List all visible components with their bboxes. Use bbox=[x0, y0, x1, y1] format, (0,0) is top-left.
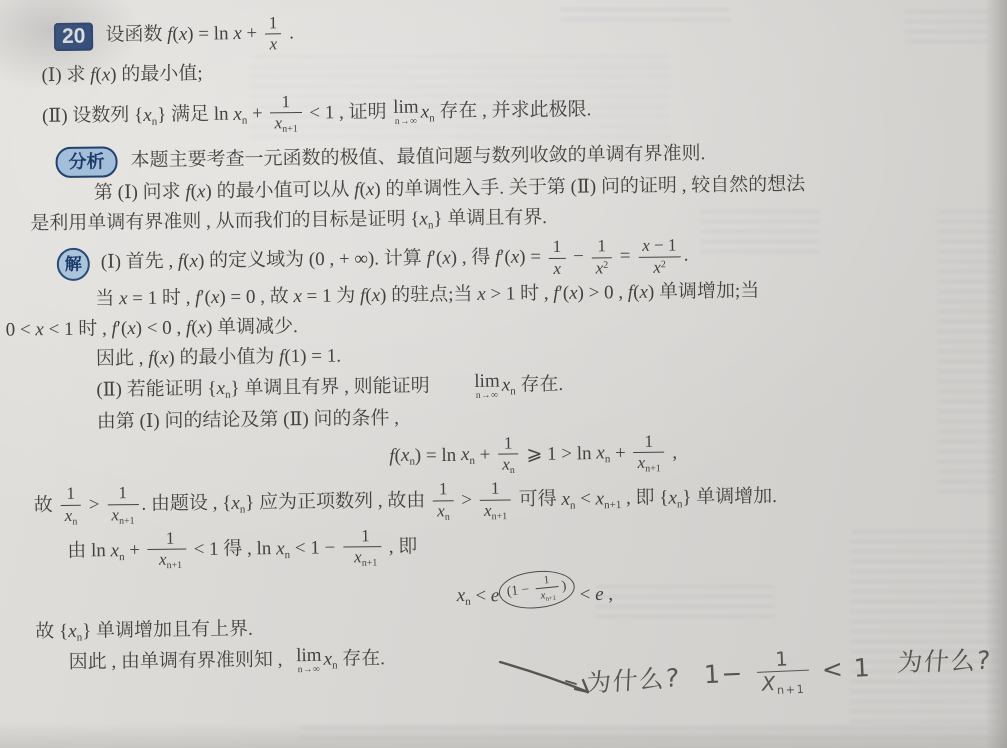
textbook-page-photo: 20设函数 f(x) = ln x + 1x .(Ⅰ) 求 f(x) 的最小值;… bbox=[0, 0, 1007, 748]
fraction: 1xn+1 bbox=[480, 480, 512, 523]
fraction: 1xn+1 bbox=[270, 93, 302, 136]
text-run: 故 { bbox=[35, 620, 68, 641]
text-run: 1 bbox=[439, 480, 448, 499]
math-var: xn bbox=[233, 103, 247, 124]
text-run: < bbox=[575, 488, 595, 509]
text-run: ) bbox=[561, 577, 567, 592]
text-run: } 单调且有界. bbox=[433, 207, 547, 229]
text-run: < 1 , 证明 bbox=[304, 101, 391, 123]
limit-operator: limn→∞ bbox=[393, 98, 419, 128]
math-var: xn bbox=[461, 444, 475, 465]
text-run: ) < 0 , bbox=[136, 318, 187, 340]
math-var: x bbox=[639, 282, 648, 303]
text-run: (Ⅰ) 首先 , bbox=[101, 251, 178, 273]
math-var: xn+1 bbox=[540, 588, 556, 601]
fraction: 1x bbox=[265, 14, 282, 54]
text-run: . 由题设 , { bbox=[141, 493, 231, 515]
text-run: ′( bbox=[200, 287, 211, 308]
text-run: 1 bbox=[491, 479, 500, 498]
text-run: 1 bbox=[118, 483, 127, 502]
text-run: 1 bbox=[66, 484, 75, 503]
math-var: xn bbox=[421, 101, 435, 122]
math-var: xn bbox=[276, 538, 290, 559]
text-run: + bbox=[242, 23, 262, 44]
math-var: xn bbox=[502, 455, 515, 474]
math-var: x bbox=[127, 318, 136, 339]
text-run: < 1 时 , bbox=[44, 319, 112, 341]
math-var: xn+1 bbox=[637, 453, 660, 472]
math-var: xn+1 bbox=[484, 500, 507, 519]
text-run: ) = 0 , 故 bbox=[219, 286, 293, 308]
text-run: < 1 bbox=[812, 653, 872, 685]
text-run: ) = ln bbox=[187, 23, 233, 45]
text-run: . bbox=[684, 245, 689, 266]
fraction: 1xn+1 bbox=[148, 529, 187, 572]
text-run: ⩾ 1 > ln bbox=[522, 443, 597, 465]
circled-exponent: (1 − 1xn+1) bbox=[498, 567, 577, 612]
text-run: ) , 得 bbox=[451, 247, 496, 269]
text-run: 1− bbox=[703, 658, 754, 689]
math-var: xn+1 bbox=[111, 505, 134, 524]
text-run: } 单调且有界 , 则能证明 bbox=[230, 376, 434, 399]
fraction: x − 1x2 bbox=[638, 237, 681, 277]
limit-operator: limn→∞ bbox=[289, 646, 322, 676]
math-var: xn+1 bbox=[354, 547, 377, 566]
fraction: 1xn bbox=[60, 485, 81, 528]
text-run: + bbox=[124, 540, 144, 561]
text-run: ) = ln bbox=[415, 444, 461, 466]
hw-question-1: 为什么? bbox=[585, 658, 681, 700]
text-run: ′( bbox=[559, 283, 570, 304]
text-run: 1 bbox=[166, 528, 175, 547]
math-var: xn bbox=[419, 208, 433, 229]
fraction: 1xn+1 bbox=[535, 573, 561, 604]
analysis-badge: 分析 bbox=[55, 146, 117, 178]
math-var: xn bbox=[457, 585, 471, 606]
text-run: 1 bbox=[269, 13, 278, 32]
math-var: xn bbox=[561, 489, 575, 510]
math-var: x bbox=[442, 248, 451, 269]
text-run: (1 − bbox=[506, 580, 533, 598]
text-run: , 即 { bbox=[621, 488, 668, 510]
text-run: − bbox=[568, 246, 588, 267]
text-run: = bbox=[615, 246, 635, 267]
text-run: + bbox=[247, 103, 267, 124]
text-run: ′( bbox=[500, 247, 511, 268]
fraction: 1Xn+1 bbox=[756, 648, 809, 698]
math-var: x2 bbox=[653, 257, 666, 276]
math-var: xn+1 bbox=[274, 113, 297, 132]
text-run: ) 的定义域为 (0 , + ∞). 计算 bbox=[198, 248, 427, 272]
text-run: } 单调增加. bbox=[682, 486, 777, 508]
text-run: 存在. bbox=[516, 374, 564, 396]
text-run: (1) = 1. bbox=[284, 346, 341, 368]
math-var: x bbox=[553, 259, 561, 278]
text-run: 1 bbox=[361, 526, 370, 545]
math-var: x2 bbox=[596, 258, 609, 277]
solution-badge: 解 bbox=[57, 247, 90, 280]
text-run: < 1 − bbox=[290, 537, 340, 559]
text-run: + bbox=[610, 442, 630, 463]
monotone-increase-line: 故 1xn > 1xn+1. 由题设 , {xn} 应为正项数列 , 故由 1x… bbox=[34, 474, 1007, 529]
limit-operator: limn→∞ bbox=[436, 372, 500, 402]
text-run: < 1 得 , ln bbox=[189, 538, 277, 560]
text-run: (Ⅱ) 若能证明 { bbox=[96, 378, 216, 400]
math-var: Xn+1 bbox=[761, 671, 805, 696]
math-var: e bbox=[595, 583, 604, 604]
math-var: xn bbox=[596, 443, 610, 464]
text-run: + bbox=[475, 444, 495, 465]
text-run: 可得 bbox=[514, 489, 562, 511]
text-run: > 1 时 , bbox=[486, 283, 554, 305]
math-var: xn bbox=[502, 375, 516, 396]
text-run: > bbox=[84, 494, 104, 515]
text-run: ) 的最小值可以从 bbox=[205, 179, 354, 202]
fraction: 1xn+1 bbox=[343, 527, 382, 570]
text-run: ) 的单调性入手. 关于第 (Ⅱ) 问的证明 , 较自然的想法 bbox=[374, 174, 805, 200]
text-run: } 单调增加且有上界. bbox=[82, 618, 253, 641]
text-run: < bbox=[471, 585, 491, 606]
page-edge-shadow bbox=[985, 0, 1007, 748]
text-run: , 即 bbox=[384, 536, 418, 557]
text-run: 是利用单调有界准则 , 从而我们的目标是证明 { bbox=[30, 208, 419, 234]
text-run: , bbox=[667, 442, 677, 463]
math-var: xn bbox=[110, 540, 124, 561]
math-var: xn bbox=[323, 649, 337, 670]
math-var: x bbox=[293, 286, 302, 307]
solution-text: 20设函数 f(x) = ln x + 1x .(Ⅰ) 求 f(x) 的最小值;… bbox=[0, 0, 1007, 682]
math-var: e bbox=[491, 585, 500, 606]
log-bound-line: 由 ln xn + 1xn+1 < 1 得 , ln xn < 1 − 1xn+… bbox=[60, 519, 1007, 573]
key-inequality: f(xn) = ln xn + 1xn ⩾ 1 > ln xn + 1xn+1 … bbox=[59, 428, 1007, 482]
fraction: 1xn+1 bbox=[633, 432, 665, 475]
part2-question: (Ⅱ) 设数列 {xn} 满足 ln xn + 1xn+1 < 1 , 证明 l… bbox=[42, 84, 1003, 138]
text-run: 第 (Ⅰ) 问求 bbox=[94, 181, 186, 203]
text-run: 1 bbox=[775, 647, 790, 671]
text-run: ) 单调增加;当 bbox=[648, 281, 760, 303]
text-run: 0 < bbox=[6, 320, 36, 341]
fraction: 1xn+1 bbox=[107, 484, 139, 527]
text-run: . bbox=[284, 22, 294, 43]
text-run: ) = bbox=[519, 247, 546, 268]
math-var: xn bbox=[231, 493, 245, 514]
text-run: 1 bbox=[504, 433, 513, 452]
math-var: xn bbox=[668, 487, 682, 508]
text-run: ′( bbox=[117, 318, 128, 339]
text-run: (Ⅱ) 设数列 { bbox=[42, 105, 143, 127]
math-var: xn bbox=[216, 378, 230, 399]
math-var: xn bbox=[68, 620, 82, 641]
hw-question-2: 为什么? bbox=[897, 641, 994, 680]
text-run: 存在 , 并求此极限. bbox=[434, 99, 591, 122]
text-run: 1 bbox=[597, 237, 606, 256]
text-run: = 1 为 bbox=[302, 286, 360, 308]
text-run: 1 bbox=[553, 237, 562, 256]
text-run: 1 bbox=[543, 573, 550, 585]
text-run: ) 的驻点;当 bbox=[380, 284, 477, 306]
text-run: > bbox=[456, 490, 476, 511]
math-var: xn+1 bbox=[595, 488, 621, 509]
math-var: xn+1 bbox=[159, 550, 182, 569]
text-run: 故 bbox=[34, 495, 58, 516]
text-run: ) > 0 , bbox=[577, 282, 628, 304]
text-run: 当 bbox=[95, 289, 119, 310]
text-run: 因此 , bbox=[96, 348, 149, 370]
math-var: xn bbox=[143, 104, 157, 125]
part1-question: (Ⅰ) 求 f(x) 的最小值; bbox=[41, 51, 1002, 90]
text-run: , bbox=[603, 583, 613, 604]
text-run: 由第 (Ⅰ) 问的结论及第 (Ⅱ) 问的条件 , bbox=[97, 408, 399, 433]
fraction: 1x2 bbox=[591, 238, 612, 278]
math-var: xn bbox=[65, 506, 78, 525]
problem-statement: 20设函数 f(x) = ln x + 1x . bbox=[54, 5, 1002, 56]
math-var: x bbox=[269, 35, 277, 54]
fraction: 1x bbox=[549, 238, 566, 278]
bottom-shadow bbox=[0, 722, 1007, 748]
text-run: 本题主要考查一元函数的极值、最值问题与数列收敛的单调有界准则. bbox=[130, 143, 705, 171]
math-var: x bbox=[233, 23, 242, 44]
hw-inequality: 1− 1Xn+1 < 1 bbox=[703, 645, 872, 700]
math-var: xn bbox=[401, 445, 415, 466]
text-run: } 满足 ln bbox=[157, 103, 233, 125]
text-run: 因此 , 由单调有界准则知 , bbox=[69, 649, 288, 673]
text-run: − 1 bbox=[650, 236, 677, 255]
fraction: 1xn bbox=[433, 480, 454, 523]
text-run: 1 bbox=[644, 431, 653, 450]
fraction: 1xn bbox=[498, 434, 519, 477]
math-var: x bbox=[372, 285, 381, 306]
text-run: 存在. bbox=[337, 648, 385, 670]
text-run: ) 单调减少. bbox=[206, 316, 298, 338]
text-run: ) 的最小值为 bbox=[168, 347, 279, 369]
text-run: < bbox=[575, 584, 595, 605]
text-run: 1 bbox=[281, 92, 290, 111]
text-run: } 应为正项数列 , 故由 bbox=[245, 490, 430, 513]
text-run: = 1 时 , bbox=[127, 288, 195, 310]
corner-shadow bbox=[0, 0, 140, 90]
text-run: 由 ln bbox=[67, 540, 111, 562]
math-var: xn bbox=[437, 501, 450, 520]
